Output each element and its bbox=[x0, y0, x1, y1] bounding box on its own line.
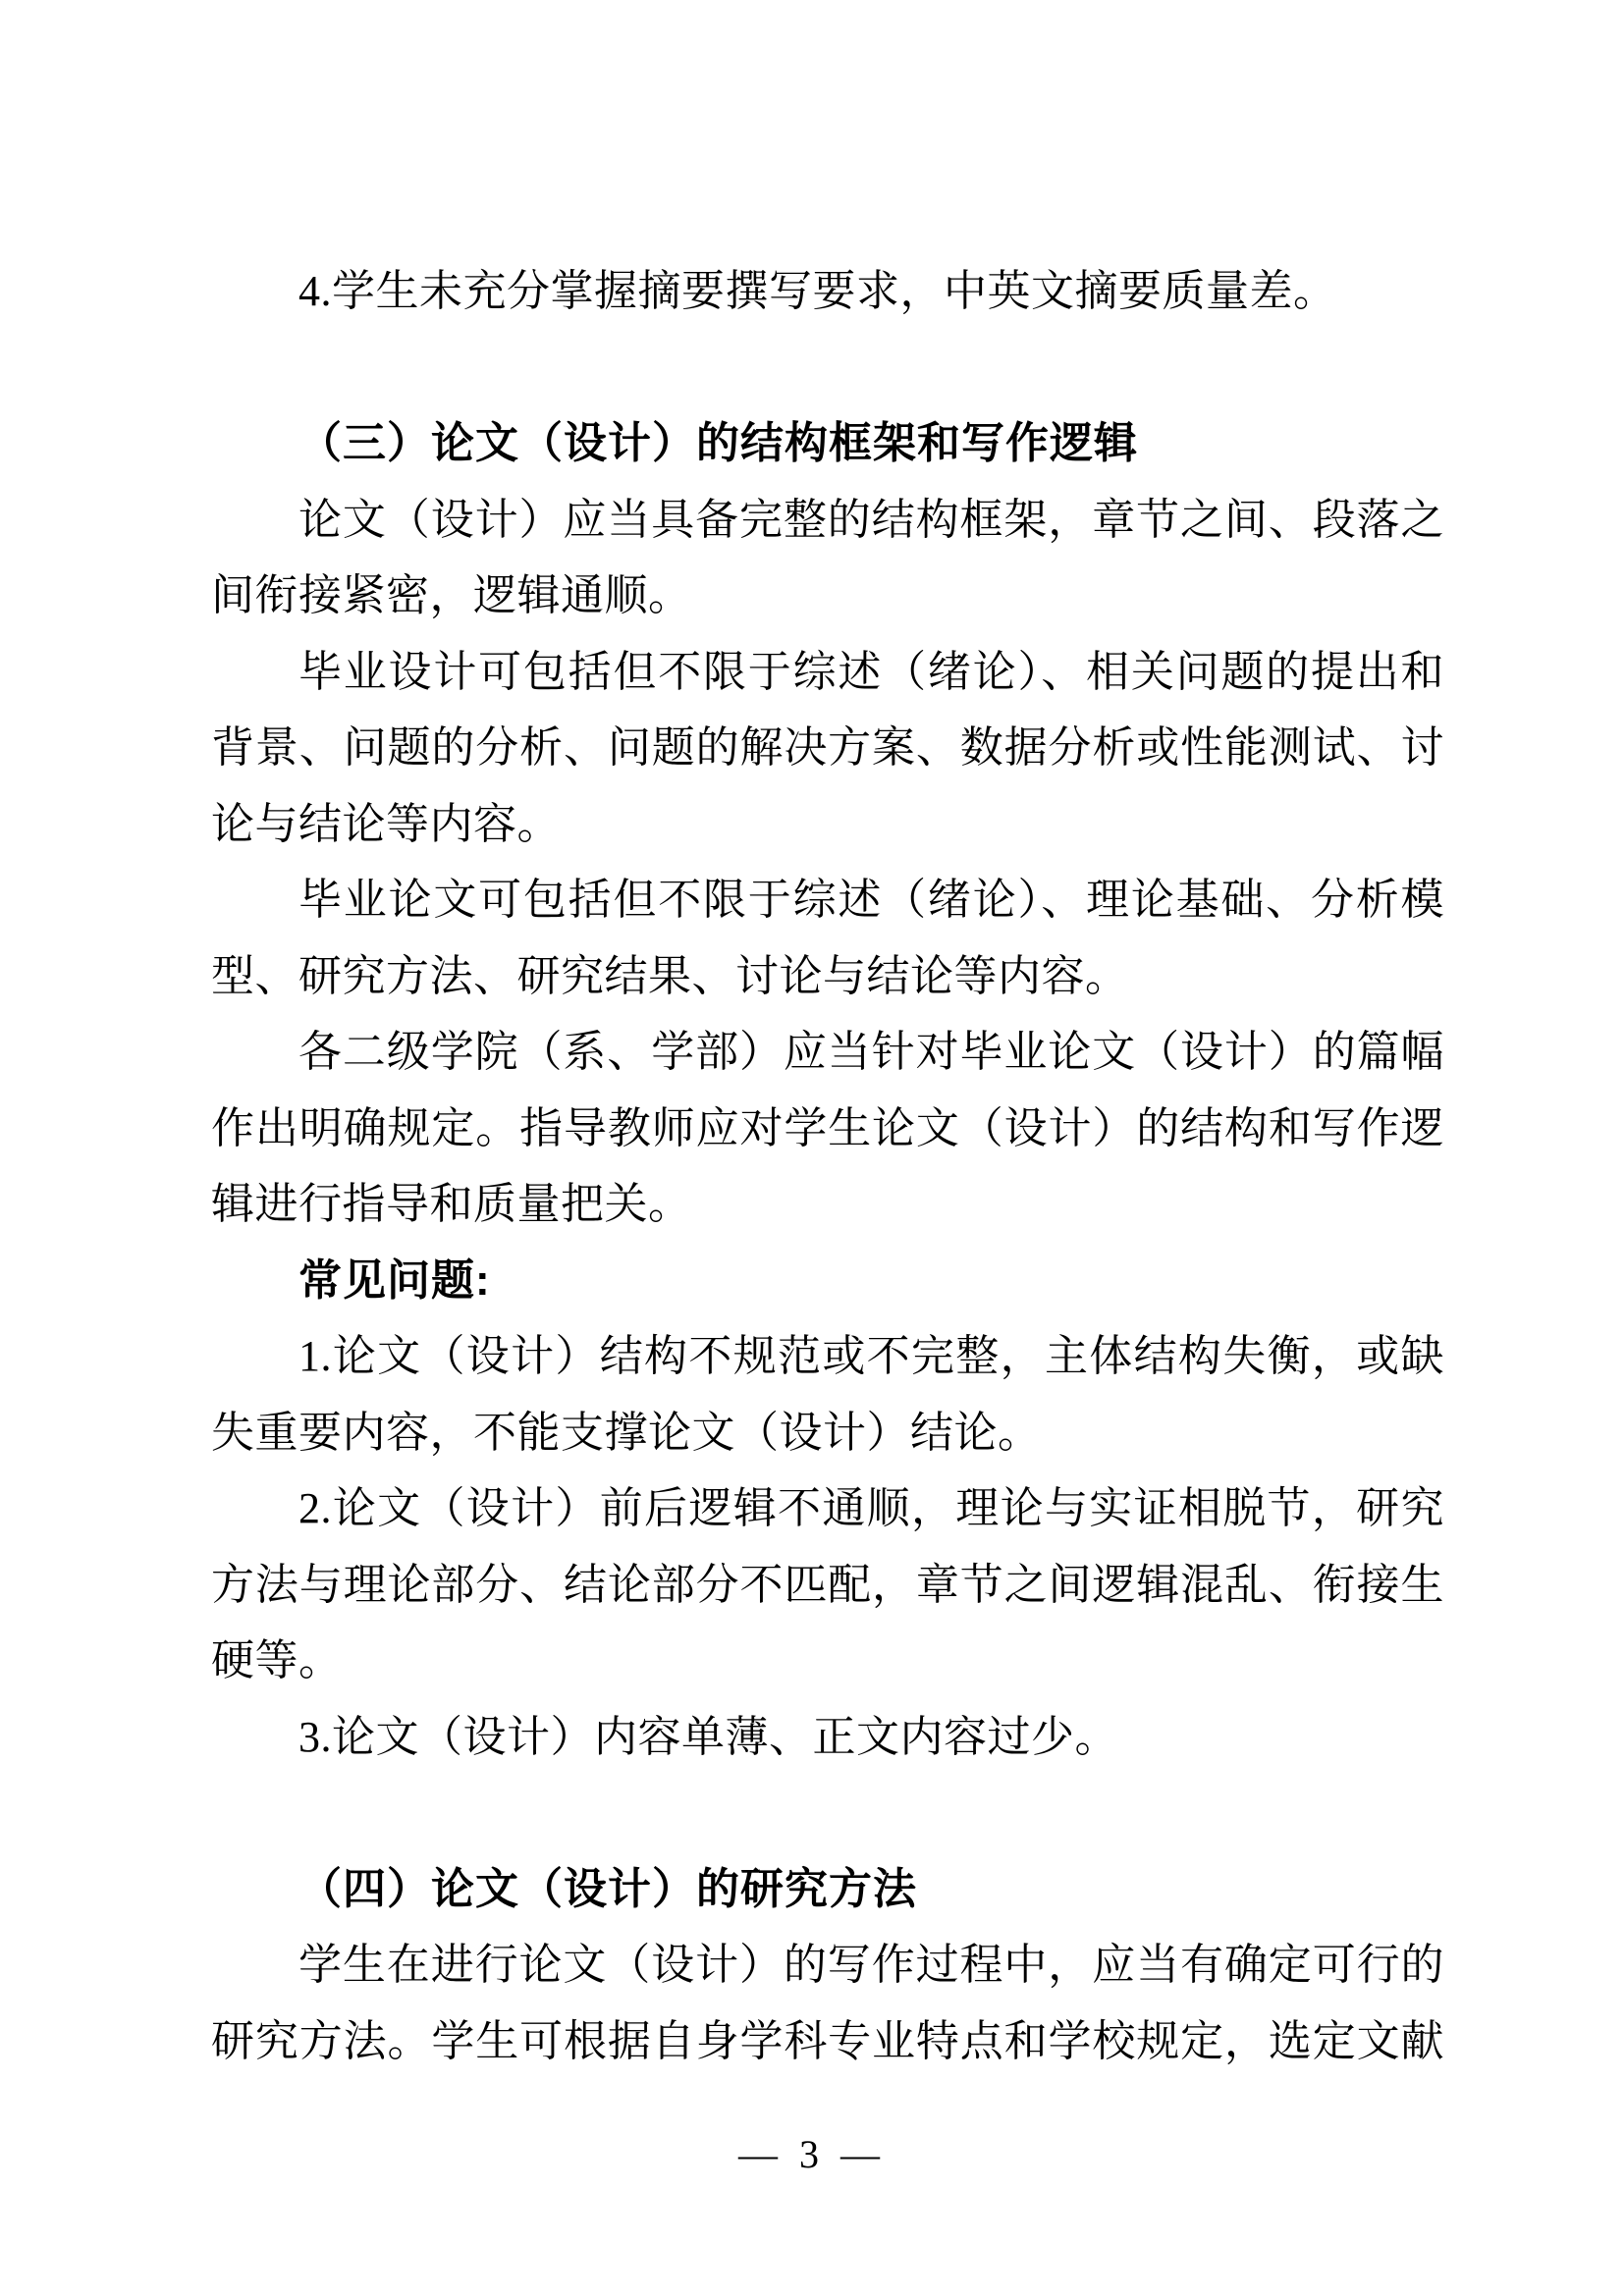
text-line: 辑进行指导和质量把关。 bbox=[211, 1166, 1444, 1243]
text-line: 论与结论等内容。 bbox=[211, 786, 1444, 863]
blank-line bbox=[211, 1775, 1444, 1851]
text-line: 1.论文（设计）结构不规范或不完整，主体结构失衡，或缺 bbox=[211, 1318, 1444, 1395]
heading-line: （三）论文（设计）的结构框架和写作逻辑 bbox=[211, 405, 1444, 482]
text-line: 毕业论文可包括但不限于综述（绪论）、理论基础、分析模 bbox=[211, 862, 1444, 938]
text-line: 毕业设计可包括但不限于综述（绪论）、相关问题的提出和 bbox=[211, 634, 1444, 711]
page-number: — 3 — bbox=[0, 2132, 1624, 2177]
text-line: 失重要内容，不能支撑论文（设计）结论。 bbox=[211, 1395, 1444, 1471]
text-line: 各二级学院（系、学部）应当针对毕业论文（设计）的篇幅 bbox=[211, 1014, 1444, 1091]
text-line: 研究方法。学生可根据自身学科专业特点和学校规定，选定文献 bbox=[211, 2003, 1444, 2080]
text-line: 学生在进行论文（设计）的写作过程中，应当有确定可行的 bbox=[211, 1927, 1444, 2003]
text-line: 型、研究方法、研究结果、讨论与结论等内容。 bbox=[211, 938, 1444, 1015]
text-line: 硬等。 bbox=[211, 1623, 1444, 1699]
text-line: 间衔接紧密，逻辑通顺。 bbox=[211, 558, 1444, 634]
document-page: 4.学生未充分掌握摘要撰写要求，中英文摘要质量差。（三）论文（设计）的结构框架和… bbox=[0, 0, 1624, 2296]
text-line: 背景、问题的分析、问题的解决方案、数据分析或性能测试、讨 bbox=[211, 710, 1444, 786]
heading-line: 常见问题: bbox=[211, 1243, 1444, 1319]
text-line: 方法与理论部分、结论部分不匹配，章节之间逻辑混乱、衔接生 bbox=[211, 1547, 1444, 1624]
blank-line bbox=[211, 330, 1444, 406]
document-body: 4.学生未充分掌握摘要撰写要求，中英文摘要质量差。（三）论文（设计）的结构框架和… bbox=[211, 253, 1444, 2079]
text-line: 作出明确规定。指导教师应对学生论文（设计）的结构和写作逻 bbox=[211, 1091, 1444, 1167]
heading-line: （四）论文（设计）的研究方法 bbox=[211, 1851, 1444, 1928]
text-line: 3.论文（设计）内容单薄、正文内容过少。 bbox=[211, 1699, 1444, 1776]
text-line: 论文（设计）应当具备完整的结构框架，章节之间、段落之 bbox=[211, 482, 1444, 559]
text-line: 2.论文（设计）前后逻辑不通顺，理论与实证相脱节，研究 bbox=[211, 1470, 1444, 1547]
text-line: 4.学生未充分掌握摘要撰写要求，中英文摘要质量差。 bbox=[211, 253, 1444, 330]
